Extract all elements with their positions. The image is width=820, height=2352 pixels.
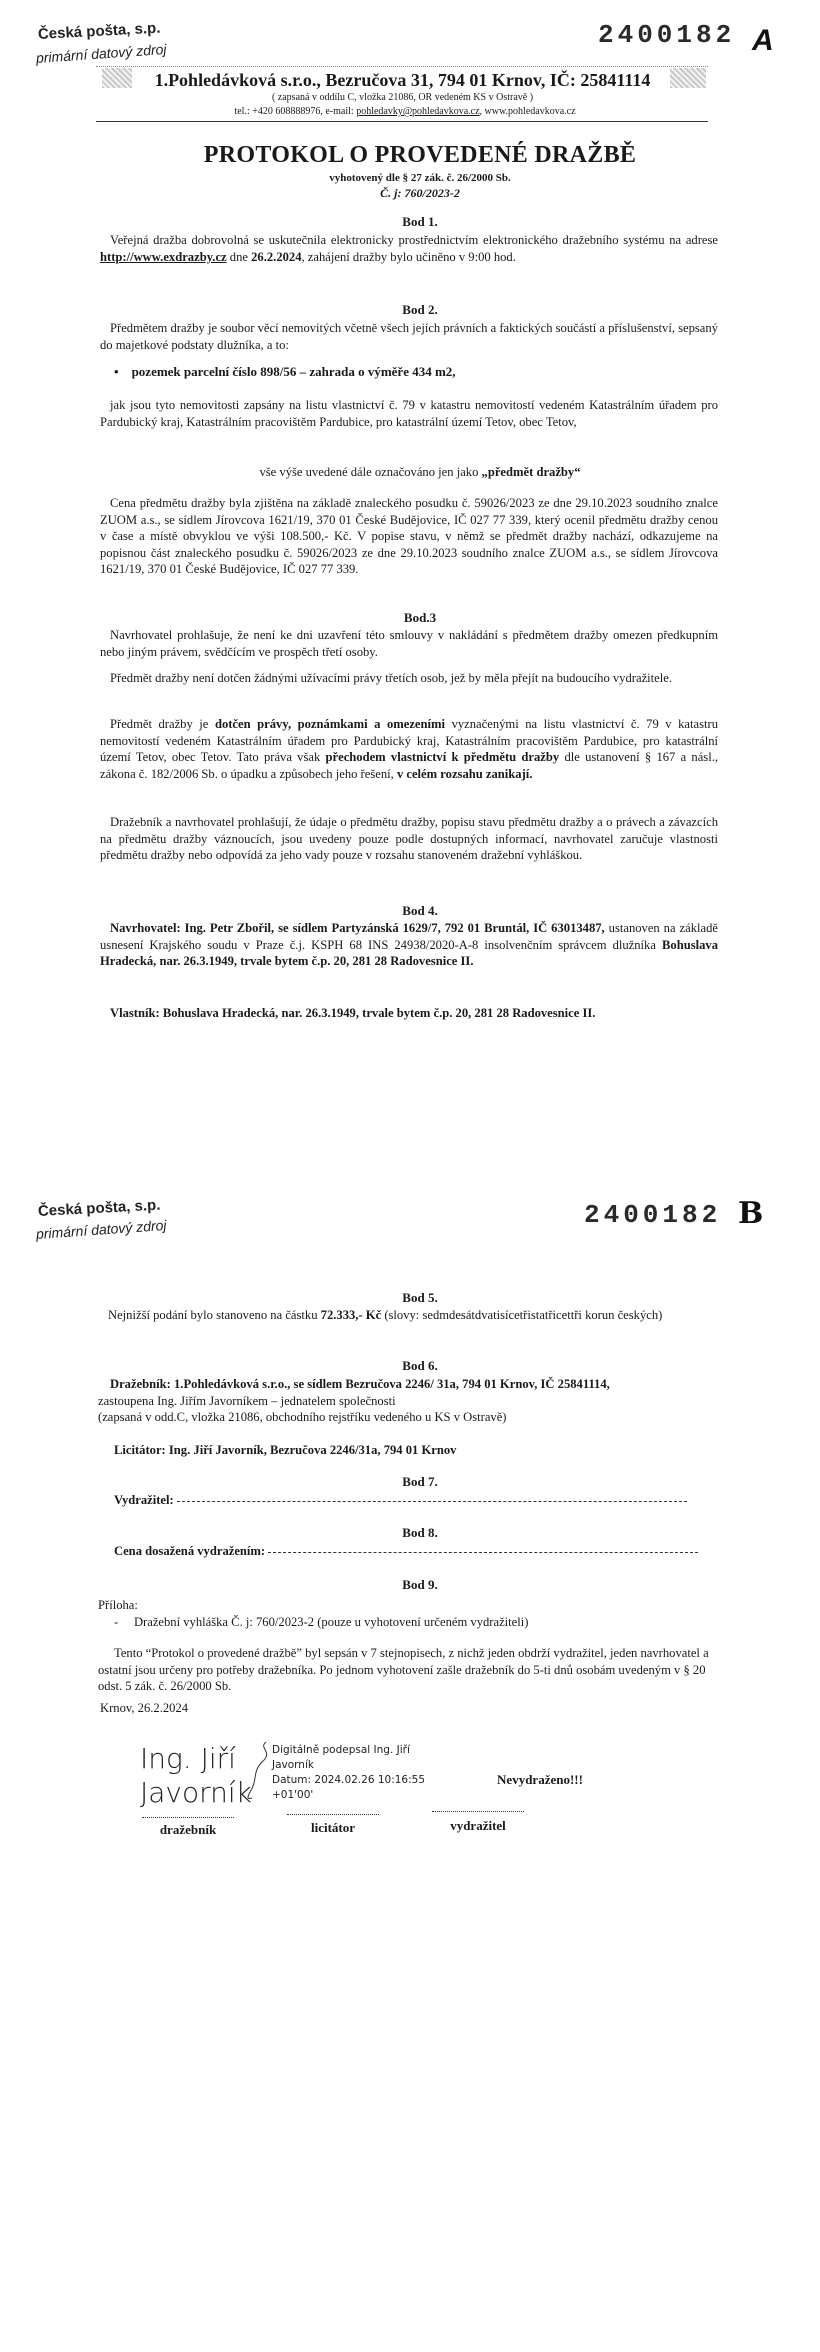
postal-stamp-title-2: Česká pošta, s.p. <box>38 1197 161 1220</box>
bod1-text-b: dne <box>227 250 251 264</box>
role-bidder: vydražitel <box>428 1818 528 1834</box>
bod2-registry: jak jsou tyto nemovitosti zapsány na lis… <box>100 397 718 430</box>
digital-sig-line-2: Javorník <box>272 1758 425 1773</box>
company-seal-icon <box>670 68 706 88</box>
bidder-blank-line <box>177 1501 687 1502</box>
designation-text: vše výše uvedené dále označováno jen jak… <box>259 465 481 479</box>
role-auctioneer: dražebník <box>138 1822 238 1838</box>
p3-f: v celém rozsahu zanikají. <box>397 767 533 781</box>
contact-email-link[interactable]: pohledavky@pohledavkova.cz <box>356 106 479 117</box>
bod1-text-c: , zahájení dražby bylo učiněno v 9:00 ho… <box>302 250 516 264</box>
designation-term: „předmět dražby“ <box>482 465 581 479</box>
attachment-text: Dražební vyhláška Č. j: 760/2023-2 (pouz… <box>134 1615 529 1629</box>
bod5-text-b: (slovy: sedmdesátdvatisícetřistatřicettř… <box>381 1308 662 1322</box>
case-number: Č. j: 760/2023-2 <box>80 186 760 201</box>
bod3-p3: Předmět dražby je dotčen právy, poznámka… <box>100 716 718 782</box>
bod6-heading: Bod 6. <box>80 1358 760 1374</box>
bod3-p1: Navrhovatel prohlašuje, že není ke dni u… <box>100 627 718 660</box>
place-date: Krnov, 26.2.2024 <box>100 1700 188 1717</box>
bod8-price: Cena dosažená vydražením: <box>114 1543 734 1560</box>
bod6-represented: zastoupena Ing. Jiřím Javorníkem – jedna… <box>98 1393 718 1410</box>
bod2-bullet: • pozemek parcelní číslo 898/56 – zahrad… <box>114 364 456 380</box>
bod3-heading: Bod.3 <box>80 610 760 626</box>
bidder-label: Vydražitel: <box>114 1493 174 1507</box>
bod5-heading: Bod 5. <box>80 1290 760 1306</box>
digital-sig-date: Datum: 2024.02.26 10:16:55 <box>272 1773 425 1788</box>
bod7-heading: Bod 7. <box>80 1474 760 1490</box>
p3-b: dotčen právy, poznámkami a omezeními <box>215 717 445 731</box>
minimum-bid-amount: 72.333,- Kč <box>321 1308 382 1322</box>
document-title: PROTOKOL O PROVEDENÉ DRAŽBĚ <box>80 142 760 169</box>
digital-sig-line-1: Digitálně podepsal Ing. Jiří <box>272 1743 425 1758</box>
bod4-heading: Bod 4. <box>80 903 760 919</box>
p3-d: přechodem vlastnictví k předmětu dražby <box>326 750 560 764</box>
signature-line-licitator <box>287 1814 379 1815</box>
copies-paragraph: Tento “Protokol o provedené dražbě” byl … <box>98 1645 718 1695</box>
letterhead-contact: tel.: +420 608888976, e-mail: pohledavky… <box>100 106 710 117</box>
company-logo-icon <box>102 68 132 88</box>
attachment-label: Příloha: <box>98 1597 138 1614</box>
bod5-text-a: Nejnižší podání bylo stanoveno na částku <box>108 1308 321 1322</box>
p3-a: Předmět dražby je <box>110 717 215 731</box>
not-sold-note: Nevydraženo!!! <box>440 1772 640 1788</box>
bod5-text: Nejnižší podání bylo stanoveno na částku… <box>98 1307 718 1324</box>
parcel-item: pozemek parcelní číslo 898/56 – zahrada … <box>132 364 456 379</box>
letterhead-rule <box>96 121 708 122</box>
licitator-line: Licitátor: Ing. Jiří Javorník, Bezručova… <box>114 1442 734 1459</box>
bod4-owner: Vlastník: Bohuslava Hradecká, nar. 26.3.… <box>110 1005 728 1022</box>
page-letter: A <box>752 24 774 58</box>
document-number-2: 2400182 <box>584 1200 721 1230</box>
signature-line-2: Javorník <box>140 1776 252 1810</box>
letterhead-top-rule <box>96 66 708 67</box>
bod6-auctioneer: Dražebník: 1.Pohledávková s.r.o., se síd… <box>110 1376 730 1393</box>
digital-sig-tz: +01'00' <box>272 1788 425 1803</box>
contact-web: , www.pohledavkova.cz <box>480 106 576 117</box>
postal-stamp-subtitle-2: primární datový zdroj <box>35 1217 167 1242</box>
dash-bullet-icon: - <box>114 1615 118 1629</box>
letterhead-registration: ( zapsaná v oddílu C, vložka 21086, OR v… <box>130 92 675 103</box>
bod1-heading: Bod 1. <box>80 214 760 230</box>
bod6-registration: (zapsaná v odd.C, vložka 21086, obchodní… <box>98 1409 718 1426</box>
signature-name: Ing. Jiří Javorník <box>140 1742 252 1810</box>
bod2-heading: Bod 2. <box>80 302 760 318</box>
digital-signature-block: Digitálně podepsal Ing. Jiří Javorník Da… <box>272 1743 425 1803</box>
document-subtitle: vyhotovený dle § 27 zák. č. 26/2000 Sb. <box>80 172 760 184</box>
signature-line-auctioneer <box>142 1817 234 1818</box>
bod7-bidder: Vydražitel: <box>114 1492 734 1509</box>
postal-stamp-subtitle: primární datový zdroj <box>35 41 167 66</box>
bod3-p2: Předmět dražby není dotčen žádnými užíva… <box>100 670 718 687</box>
bod9-heading: Bod 9. <box>80 1577 760 1593</box>
bod2-designation: vše výše uvedené dále označováno jen jak… <box>80 464 760 481</box>
attachment-item: - Dražební vyhláška Č. j: 760/2023-2 (po… <box>114 1614 714 1631</box>
page-letter-2: B <box>738 1196 763 1231</box>
signature-flourish-icon <box>244 1740 274 1802</box>
bod2-intro: Předmětem dražby je soubor věcí nemovitý… <box>100 320 718 353</box>
bod3-p4: Dražebník a navrhovatel prohlašují, že ú… <box>100 814 718 864</box>
letterhead-company: 1.Pohledávková s.r.o., Bezručova 31, 794… <box>130 70 675 91</box>
signature-line-bidder <box>432 1811 524 1812</box>
exdrazby-link[interactable]: http://www.exdrazby.cz <box>100 250 227 264</box>
price-label: Cena dosažená vydražením: <box>114 1544 265 1558</box>
bod2-valuation: Cena předmětu dražby byla zjištěna na zá… <box>100 495 718 578</box>
bod8-heading: Bod 8. <box>80 1525 760 1541</box>
proposer-name: Navrhovatel: Ing. Petr Zbořil, se sídlem… <box>110 921 605 935</box>
bod1-text-a: Veřejná dražba dobrovolná se uskutečnila… <box>110 233 718 247</box>
bod4-proposer: Navrhovatel: Ing. Petr Zbořil, se sídlem… <box>100 920 718 970</box>
bod1-text: Veřejná dražba dobrovolná se uskutečnila… <box>100 232 718 265</box>
price-blank-line <box>268 1552 698 1553</box>
postal-stamp-title: Česká pošta, s.p. <box>38 20 161 43</box>
contact-phone: tel.: +420 608888976, e-mail: <box>234 106 356 117</box>
auction-date: 26.2.2024 <box>251 250 301 264</box>
document-number: 2400182 <box>598 20 735 50</box>
bullet-icon: • <box>114 364 132 379</box>
signature-line-1: Ing. Jiří <box>140 1742 252 1776</box>
role-licitator: licitátor <box>283 1820 383 1836</box>
